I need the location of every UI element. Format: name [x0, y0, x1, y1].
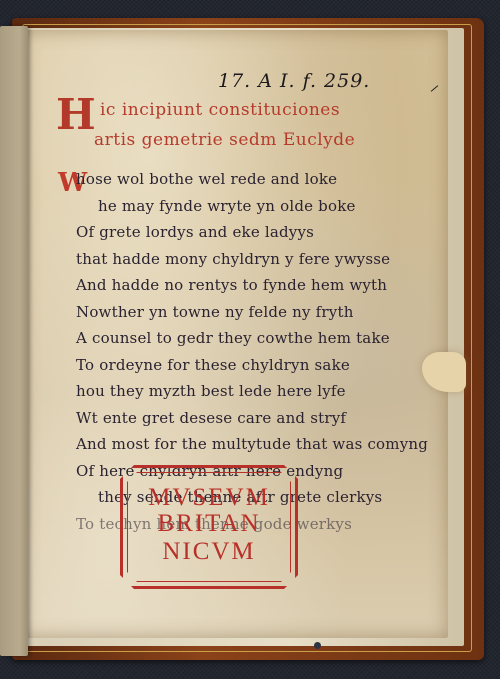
ink-dot	[314, 642, 321, 649]
stamp-line-3: NICVM	[123, 538, 295, 565]
verse-line: To ordeyne for these chyldryn sake	[76, 352, 396, 379]
flyleaf	[0, 26, 28, 656]
red-initial-h: H	[56, 90, 96, 139]
verse-line: he may fynde wryte yn olde boke	[76, 193, 396, 220]
verse-line: that hadde mony chyldryn y fere ywysse	[76, 246, 396, 273]
verse-line: hose wol bothe wel rede and loke	[76, 166, 396, 193]
verse-line: hou they myzth best lede here lyfe	[76, 378, 396, 405]
rubric-line-2: artis gemetrie sedm Euclyde	[94, 130, 355, 150]
pen-mark	[431, 85, 439, 92]
rubric-line-1: ic incipiunt constituciones	[100, 100, 340, 120]
verse-line: And most for the multytude that was comy…	[76, 431, 396, 458]
verse-line: A counsel to gedr they cowthe hem take	[76, 325, 396, 352]
shelfmark: 17. A I. f. 259.	[218, 70, 370, 92]
museum-stamp: MVSEVM BRITAN NICVM	[120, 465, 298, 589]
verse-line: Nowther yn towne ny felde ny fryth	[76, 299, 396, 326]
stamp-line-1: MVSEVM	[123, 484, 295, 511]
verse-line: Wt ente gret desese care and stryf	[76, 405, 396, 432]
parchment-stain	[422, 352, 466, 392]
stamp-line-2: BRITAN	[123, 510, 295, 537]
verse-line: Of grete lordys and eke ladyys	[76, 219, 396, 246]
verse-line: And hadde no rentys to fynde hem wyth	[76, 272, 396, 299]
